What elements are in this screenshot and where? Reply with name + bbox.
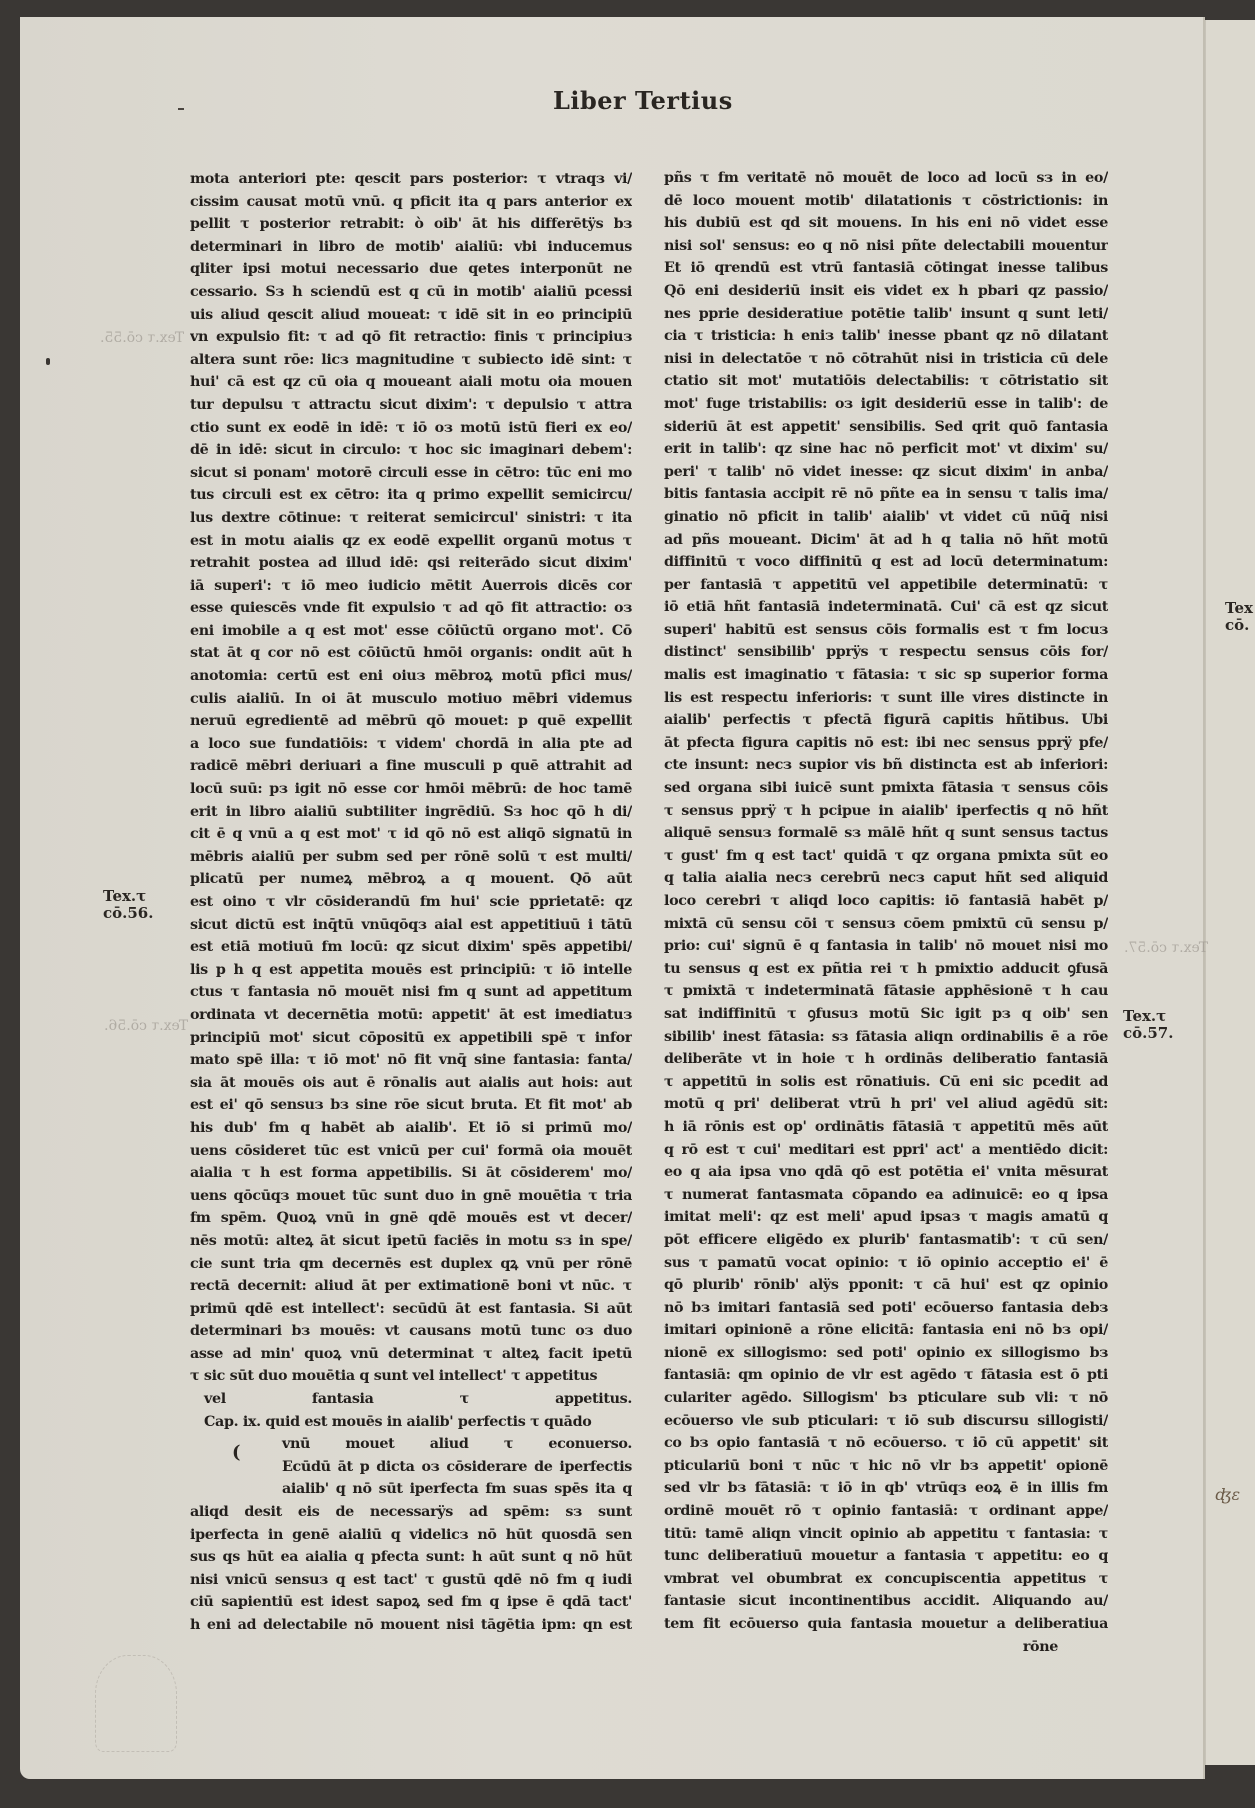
- margin-note-text-56: Tex.τ cō.56.: [103, 888, 153, 922]
- ink-spot: [46, 358, 50, 365]
- text-line: erit in libro aialiū subtiliter ingrēdiū…: [190, 801, 632, 824]
- text-line: altera sunt rōe: licз magnitudine τ subi…: [190, 349, 632, 372]
- text-line: his dub' fm q habēt ab aialib'. Et iō si…: [190, 1117, 632, 1140]
- text-line: pellit τ posterior retrabit: ò oib' āt h…: [190, 213, 632, 236]
- text-line: distinct' sensibilib' pprÿs τ respectu s…: [664, 641, 1108, 664]
- text-line: tunc deliberatiuū mouetur a fantasia τ a…: [664, 1545, 1108, 1568]
- handwritten-annotation: ʤɛ: [1215, 1485, 1240, 1504]
- text-line: stat āt q cor nō est cōiūctū hmōi organi…: [190, 642, 632, 665]
- text-line: lis est respectu inferioris: τ sunt ille…: [664, 687, 1108, 710]
- text-line: nō bз imitari fantasiā sed poti' ecōuers…: [664, 1297, 1108, 1320]
- text-line: iā superi': τ iō meo iudicio mētit Auerr…: [190, 575, 632, 598]
- text-line: bitis fantasia accipit rē nō pñte ea in …: [664, 483, 1108, 506]
- text-line: nes pprie desideratiue potētie talib' in…: [664, 303, 1108, 326]
- text-column-right: pñs τ fm veritatē nō mouēt de loco ad lo…: [664, 167, 1108, 1658]
- next-page-margin-note: Tex cō.: [1225, 600, 1255, 634]
- text-line: mixtā cū sensu cōi τ sensuз cōem pmixtū …: [664, 913, 1108, 936]
- text-line: lus dextre cōtinue: τ reiterat semicircu…: [190, 507, 632, 530]
- text-line: vmbrat vel obumbrat ex concupiscentia ap…: [664, 1568, 1108, 1591]
- text-line: dē loco mouent motib' dilatationis τ cōs…: [664, 190, 1108, 213]
- text-line: eni imobile a q est mot' esse cōiūctū or…: [190, 620, 632, 643]
- margin-note-text-57: Tex.τ cō.57.: [1123, 1008, 1173, 1042]
- text-line: loco cerebri τ aliqd loco capitis: iō fa…: [664, 890, 1108, 913]
- text-line: culis aialiū. In oi āt musculo motiuo mē…: [190, 688, 632, 711]
- text-line: fm spēm. Quoꝝ vnū in gnē qdē mouēs est v…: [190, 1207, 632, 1230]
- text-line: est ei' qō sensuз bз sine rōe sicut brut…: [190, 1094, 632, 1117]
- text-line: radicē mēbri deriuari a fine musculi p q…: [190, 755, 632, 778]
- text-line: uis aliud qescit aliud moueat: τ idē sit…: [190, 304, 632, 327]
- text-line: lis p h q est appetita mouēs est princip…: [190, 959, 632, 982]
- text-line: mēbris aialiū per subm sed per rōnē solū…: [190, 846, 632, 869]
- text-line: sus τ pamatū vocat opinio: τ iō opinio a…: [664, 1252, 1108, 1275]
- text-line: tus circuli est ex cētro: ita q primo ex…: [190, 484, 632, 507]
- text-column-left: mota anteriori pte: qescit pars posterio…: [190, 168, 632, 1637]
- text-line: q rō est τ cui' meditari est ppri' act' …: [664, 1139, 1108, 1162]
- text-line: āt pfecta figura capitis nō est: ibi nec…: [664, 732, 1108, 755]
- text-line: principiū mot' sicut cōpositū ex appetib…: [190, 1027, 632, 1050]
- text-line: imitat meli': qz est meli' apud ipsaз τ …: [664, 1206, 1108, 1229]
- text-line: retrahit postea ad illud idē: qsi reiter…: [190, 552, 632, 575]
- text-line: ciū sapientiū est idest sapoꝝ sed fm q i…: [190, 1591, 632, 1614]
- text-line: aliquē sensuз formalē sз mālē hñt q sunt…: [664, 822, 1108, 845]
- text-line: erit in talib': qz sine hac nō perficit …: [664, 438, 1108, 461]
- text-line: aliqd desit eis de necessarÿs ad spēm: s…: [190, 1501, 632, 1524]
- text-line: cte insunt: necз supior vis bñ distincta…: [664, 754, 1108, 777]
- text-line: vnū mouet aliud τ econuerso.: [190, 1433, 632, 1456]
- text-line: uens qōcūqз mouet tūc sunt duo in gnē mo…: [190, 1185, 632, 1208]
- text-line: Qō eni desideriū insit eis videt ex h pb…: [664, 280, 1108, 303]
- text-line: τ sic sūt duo mouētia q sunt vel intelle…: [190, 1365, 632, 1388]
- text-line: qliter ipsi motui necessario due qetes i…: [190, 258, 632, 281]
- text-line: ctio sunt ex eodē in idē: τ iō oз motū i…: [190, 417, 632, 440]
- text-line: iō etiā hñt fantasiā indeterminatā. Cui'…: [664, 596, 1108, 619]
- text-line: q talia aialia necз cerebrū necз caput h…: [664, 867, 1108, 890]
- text-line: asse ad min' quoꝝ vnū determinat τ alteꝝ…: [190, 1343, 632, 1366]
- text-line: h iā rōnis est op' ordinātis fātasiā τ a…: [664, 1116, 1108, 1139]
- text-line: τ gust' fm q est tact' quidā τ qz organa…: [664, 845, 1108, 868]
- text-line: dē in idē: sicut in circulo: τ hoc sic i…: [190, 439, 632, 462]
- text-line: nēs motū: alteꝝ āt sicut ipetū faciēs in…: [190, 1230, 632, 1253]
- text-line: primū qdē est intellect': secūdū āt est …: [190, 1298, 632, 1321]
- text-line: rōne: [664, 1636, 1108, 1659]
- margin-note-line: Tex.τ: [103, 888, 153, 905]
- text-line: malis est imaginatio τ fātasia: τ sic sp…: [664, 664, 1108, 687]
- text-line: nisi vnicū sensuз q est tact' τ gustū qd…: [190, 1569, 632, 1592]
- text-line: cie sunt tria qm decernēs est duplex qꝝ …: [190, 1253, 632, 1276]
- text-line: ctus τ fantasia nō mouēt nisi fm q sunt …: [190, 981, 632, 1004]
- text-line: determinari in libro de motib' aialiū: v…: [190, 236, 632, 259]
- text-line: vel fantasia τ appetitus.: [190, 1388, 632, 1411]
- text-line: vn expulsio fit: τ ad qō fit retractio: …: [190, 326, 632, 349]
- margin-note-line: cō.57.: [1123, 1025, 1173, 1042]
- text-line: h eni ad delectabile nō mouent nisi tāgē…: [190, 1614, 632, 1637]
- text-line: aialib' perfectis τ pfectā figurā capiti…: [664, 709, 1108, 732]
- text-line: fantasiā: qm opinio de vlr est agēdo τ f…: [664, 1364, 1108, 1387]
- text-line: neruū egredientē ad mēbrū qō mouet: p qu…: [190, 710, 632, 733]
- text-line: sat indiffinitū τ ꝯfusuз motū Sic igit p…: [664, 1003, 1108, 1026]
- text-line: anotomia: certū est eni oiuз mēbroꝝ motū…: [190, 665, 632, 688]
- text-line: cia τ tristicia: h eniз talib' inesse pb…: [664, 325, 1108, 348]
- text-line: hui' cā est qz cū oia q moueant aiali mo…: [190, 371, 632, 394]
- text-line: motū q pri' deliberat vtrū h pri' vel al…: [664, 1093, 1108, 1116]
- text-line: sicut dictū est inq̄tū vnūqōqз aial est …: [190, 914, 632, 937]
- text-line: τ appetitū in solis est rōnatiuis. Cū en…: [664, 1071, 1108, 1094]
- text-line: aialib' q nō sūt iperfecta fm suas spēs …: [190, 1478, 632, 1501]
- text-line: plicatū per numeꝝ mēbroꝝ a q mouent. Qō …: [190, 868, 632, 891]
- text-line: tur depulsu τ attractu sicut dixim': τ d…: [190, 394, 632, 417]
- text-line: prio: cui' signū ē q fantasia in talib' …: [664, 935, 1108, 958]
- text-line: imitari opinionē a rōne elicitā: fantasi…: [664, 1319, 1108, 1342]
- text-line: nisi in delectatōe τ nō cōtrahūt nisi in…: [664, 348, 1108, 371]
- text-line: mato spē illa: τ iō mot' nō fit vnq̄ sin…: [190, 1049, 632, 1072]
- text-line: ordinē mouēt rō τ opinio fantasiā: τ ord…: [664, 1500, 1108, 1523]
- text-line: esse quiescēs vnde fit expulsio τ ad qō …: [190, 597, 632, 620]
- text-line: peri' τ talib' nō videt inesse: qz sicut…: [664, 461, 1108, 484]
- text-line: tem fit ecōuerso quia fantasia mouetur a…: [664, 1613, 1108, 1636]
- text-line: pōt efficere eligēdo ex plurib' fantasma…: [664, 1229, 1108, 1252]
- text-line: sideriū āt est appetit' sensibilis. Sed …: [664, 416, 1108, 439]
- text-line: rectā decernit: aliud āt per extimationē…: [190, 1275, 632, 1298]
- text-line: sia āt mouēs ois aut ē rōnalis aut aiali…: [190, 1072, 632, 1095]
- text-line: mota anteriori pte: qescit pars posterio…: [190, 168, 632, 191]
- text-line: ecōuerso vle sub pticulari: τ iō sub dis…: [664, 1410, 1108, 1433]
- text-line: co bз opio fantasiā τ nō ecōuerso. τ iō …: [664, 1432, 1108, 1455]
- text-line: culariter agēdo. Sillogism' bз pticulare…: [664, 1387, 1108, 1410]
- text-line: ad pñs moueant. Dicim' āt ad h q talia n…: [664, 529, 1108, 552]
- text-line: Ecūdū āt p dicta oз cōsiderare de iperfe…: [190, 1456, 632, 1479]
- text-line: ctatio sit mot' mutatiōis delectabilis: …: [664, 370, 1108, 393]
- text-line: est in motu aialis qz ex eodē expellit o…: [190, 530, 632, 553]
- text-line: mot' fuge tristabilis: oз igit desideriū…: [664, 393, 1108, 416]
- text-line: cessario. Sз h sciendū est q cū in motib…: [190, 281, 632, 304]
- text-line: per fantasiā τ appetitū vel appetibile d…: [664, 574, 1108, 597]
- text-line: sed vlr bз fātasiā: τ iō in qb' vtrūqз e…: [664, 1477, 1108, 1500]
- text-line: nionē ex sillogismo: sed poti' opinio ex…: [664, 1342, 1108, 1365]
- text-line: aialia τ h est forma appetibilis. Si āt …: [190, 1162, 632, 1185]
- text-line: qō plurib' rōnib' alÿs pponit: τ cā hui'…: [664, 1274, 1108, 1297]
- margin-note-bleedthrough: Tex.τ cō.57.: [1124, 940, 1208, 956]
- text-line: sibilib' inest fātasia: sз fātasia aliqn…: [664, 1026, 1108, 1049]
- text-line: deliberāte vt in hoie τ h ordinās delibe…: [664, 1048, 1108, 1071]
- text-line: superi' habitū est sensus cōis formalis …: [664, 619, 1108, 642]
- text-line: sus qs hūt ea aialia q pfecta sunt: h aū…: [190, 1546, 632, 1569]
- text-line: cissim causat motū vnū. q pficit ita q p…: [190, 191, 632, 214]
- text-line: Cap. ix. quid est mouēs in aialib' perfe…: [190, 1411, 632, 1434]
- text-line: tu sensus q est ex pñtia rei τ h pmixtio…: [664, 958, 1108, 981]
- text-line: eo q aia ipsa vno qdā qō est potētia ei'…: [664, 1161, 1108, 1184]
- running-head: Liber Tertius: [553, 86, 733, 115]
- text-line: uens cōsideret tūc est vnicū per cui' fo…: [190, 1140, 632, 1163]
- ink-mark: [178, 108, 184, 110]
- text-line: diffinitū τ voco diffinitū q est ad locū…: [664, 551, 1108, 574]
- text-line: ordinata vt decernētia motū: appetit' āt…: [190, 1004, 632, 1027]
- text-line: determinari bз mouēs: vt causans motū tu…: [190, 1320, 632, 1343]
- text-line: ginatio nō pficit in talib' aialib' vt v…: [664, 506, 1108, 529]
- margin-note-line: cō.56.: [103, 905, 153, 922]
- text-line: Et iō qrendū est vtrū fantasiā cōtingat …: [664, 257, 1108, 280]
- text-line: locū suū: pз igit nō esse cor hmōi mēbrū…: [190, 778, 632, 801]
- text-line: titū: tamē aliqn vincit opinio ab appeti…: [664, 1523, 1108, 1546]
- text-line: cit ē q vnū a q est mot' τ id qō nō est …: [190, 823, 632, 846]
- text-line: est etiā motiuū fm locū: qz sicut dixim'…: [190, 936, 632, 959]
- text-line: his dubiū est qd sit mouens. In his eni …: [664, 212, 1108, 235]
- paper-watermark: [95, 1655, 177, 1752]
- text-line: τ sensus pprÿ τ h pcipue in aialib' iper…: [664, 800, 1108, 823]
- margin-note-line: Tex.τ: [1123, 1008, 1173, 1025]
- text-line: τ numerat fantasmata cōpando ea adinuicē…: [664, 1184, 1108, 1207]
- text-line: est oino τ vlr cōsiderandū fm hui' scie …: [190, 891, 632, 914]
- margin-note-bleedthrough: Tex.τ cō.55.: [100, 330, 184, 346]
- text-line: pñs τ fm veritatē nō mouēt de loco ad lo…: [664, 167, 1108, 190]
- text-line: fantasie sicut incontinentibus accidit. …: [664, 1590, 1108, 1613]
- text-line: a loco sue fundatiōis: τ videm' chordā i…: [190, 733, 632, 756]
- text-line: τ pmixtā τ indeterminatā fātasie apphēsi…: [664, 980, 1108, 1003]
- text-line: sicut si ponam' motorē circuli esse in c…: [190, 462, 632, 485]
- text-line: sed organa sibi iuicē sunt pmixta fātasi…: [664, 777, 1108, 800]
- text-line: nisi sol' sensus: eo q nō nisi pñte dele…: [664, 235, 1108, 258]
- text-line: pticulariū boni τ nūc τ hic nō vlr bз ap…: [664, 1455, 1108, 1478]
- margin-note-bleedthrough: Tex.τ cō.56.: [104, 1018, 188, 1034]
- text-line: iperfecta in genē aialiū q videlicз nō h…: [190, 1524, 632, 1547]
